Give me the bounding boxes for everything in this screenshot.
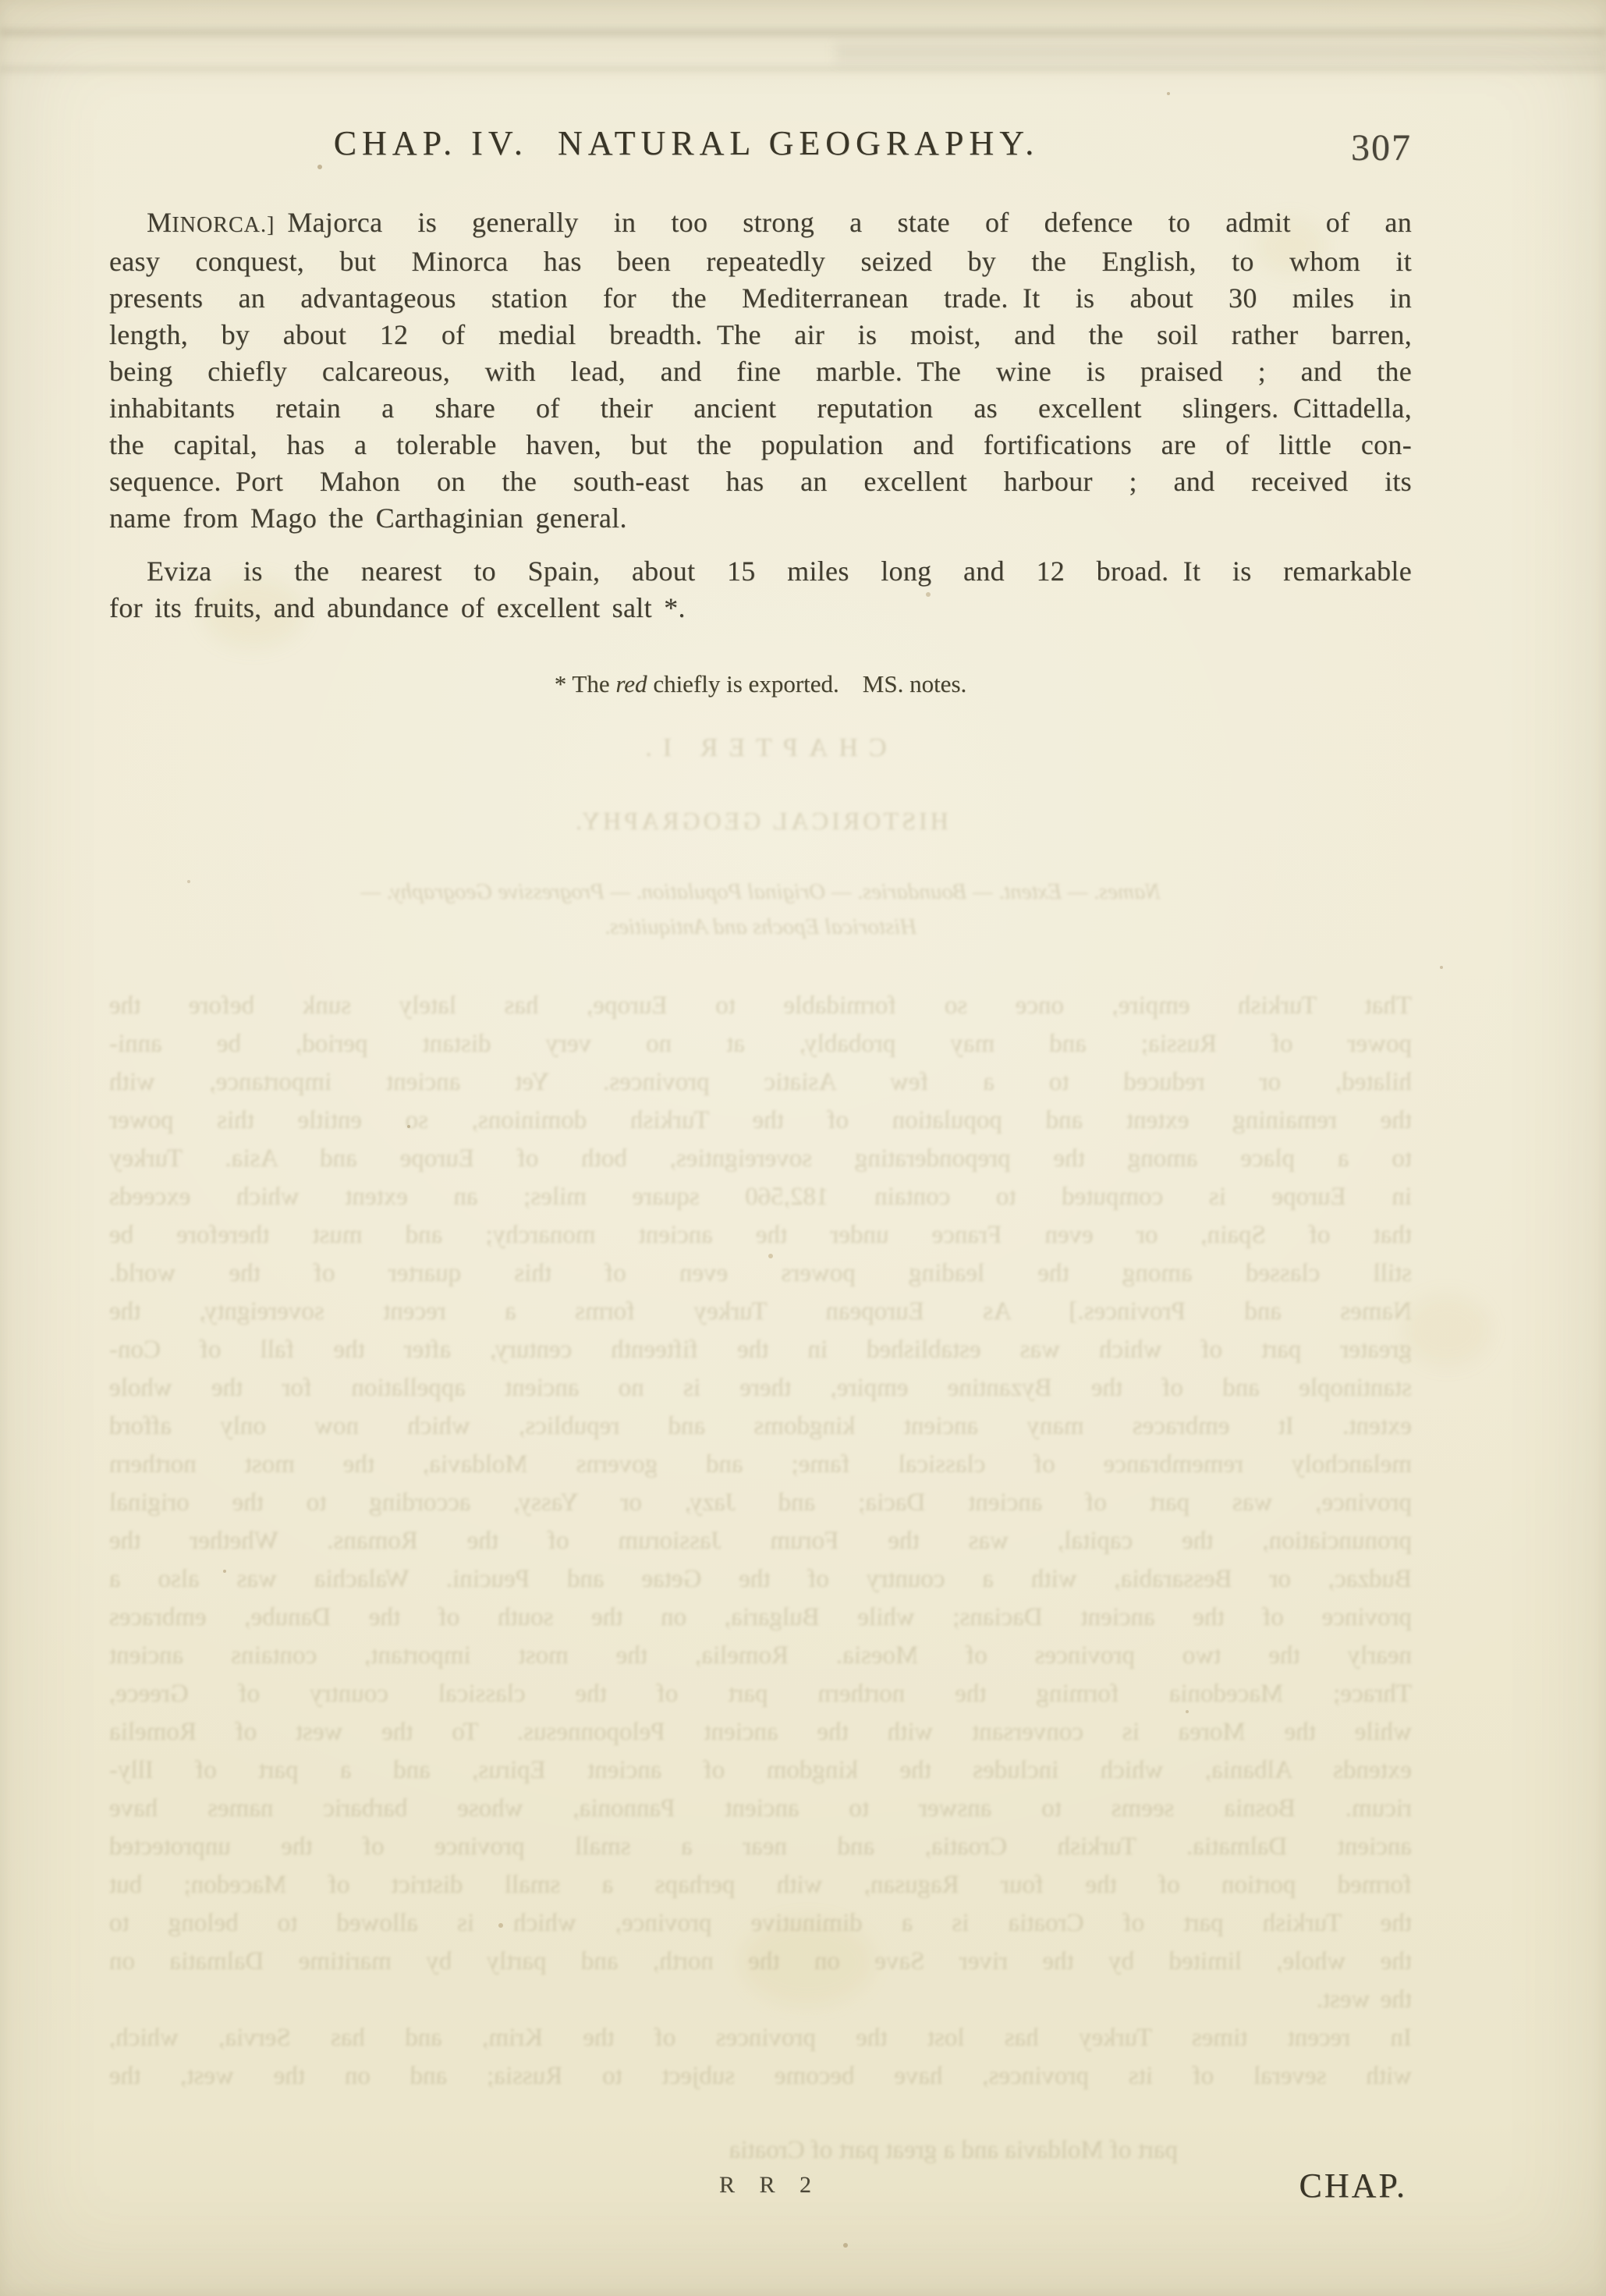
- ghost-text-line: to a place among the preponderating sove…: [109, 1140, 1412, 1178]
- running-head: CHAP. IV.NATURAL GEOGRAPHY.: [109, 123, 1264, 163]
- footnote-lead: * The: [555, 670, 610, 697]
- text-line: Eviza is the nearest to Spain, about 15 …: [109, 553, 1412, 590]
- ghost-text-line: the whole, limited by the river Save on …: [109, 1943, 1412, 1981]
- signature-row: R R 2 CHAP.: [109, 2166, 1412, 2220]
- ghost-contents-line: Names. — Extent. — Boundaries. — Origina…: [109, 879, 1412, 905]
- scan-streak: [0, 66, 1606, 73]
- minorca-sideheading: MINORCA.]: [147, 207, 275, 238]
- text-line: name from Mago the Carthaginian general.: [109, 500, 1412, 537]
- ghost-text-line: province of the ancient Dacians; while B…: [109, 1599, 1412, 1637]
- ghost-text-line: the Turkish part of Croatia is a diminut…: [109, 1904, 1412, 1943]
- text-line: the capital, has a tolerable haven, but …: [109, 427, 1412, 463]
- text-line: presents an advantageous station for the…: [109, 280, 1412, 317]
- press-signature-mark: R R 2: [719, 2172, 821, 2198]
- text-line: MINORCA.]Majorca is generally in too str…: [109, 204, 1412, 243]
- ghost-text-line: hilated, or reduced to a few Asiatic pro…: [109, 1063, 1412, 1102]
- footnote: * The red chiefly is exported.MS. notes.: [109, 670, 1412, 698]
- ghost-text-line: ancient Dalmatia. Turkish Croatia, and n…: [109, 1828, 1412, 1866]
- ghost-text-line: still classed among the leading powers e…: [109, 1254, 1412, 1293]
- paper-blotch: [1404, 1295, 1490, 1365]
- text-line-body: Eviza is the nearest to Spain, about 15 …: [147, 555, 1412, 587]
- ghost-text-line: extends Albania, which includes the king…: [109, 1751, 1412, 1790]
- ghost-text-line: nearly the two provinces of Moesia. Rome…: [109, 1637, 1412, 1675]
- sideheading-smallcaps: INORCA.]: [172, 213, 275, 237]
- ghost-text-line: greater part of which was established in…: [109, 1331, 1412, 1369]
- ghost-text-line: while the Morea is conversant with the a…: [109, 1713, 1412, 1751]
- ghost-text-line: That Turkish empire, once so formidable …: [109, 987, 1412, 1025]
- ghost-text-line: melancholy remembrance of classical fame…: [109, 1446, 1412, 1484]
- running-head-chapter: CHAP. IV.: [334, 124, 528, 162]
- sideheading-initial: M: [147, 207, 172, 238]
- ghost-text-line: In recent times Turkey has lost the prov…: [109, 2019, 1412, 2057]
- scan-streak: [0, 28, 1606, 37]
- text-line: sequence. Port Mahon on the south-east h…: [109, 463, 1412, 500]
- text-line: being chiefly calcareous, with lead, and…: [109, 353, 1412, 390]
- footnote-italic-word: red: [615, 670, 647, 697]
- ghost-text-line: Names and Provinces.] As European Turkey…: [109, 1293, 1412, 1331]
- bleedthrough-text-block: CHAPTER I. HISTORICAL GEOGRAPHY. Names. …: [109, 733, 1412, 2165]
- ghost-text-line: Budzac, or Bessarabia, with a country of…: [109, 1560, 1412, 1599]
- text-block: MINORCA.]Majorca is generally in too str…: [109, 204, 1412, 698]
- ghost-text-line: ricum. Bosnia seems to answer to ancient…: [109, 1790, 1412, 1828]
- ghost-text-line: the remaining extent and population of t…: [109, 1102, 1412, 1140]
- ghost-body-text: That Turkish empire, once so formidable …: [109, 987, 1412, 2095]
- ghost-text-line: extent. It embraces many ancient kingdom…: [109, 1407, 1412, 1446]
- book-page-scan: CHAPTER I. HISTORICAL GEOGRAPHY. Names. …: [0, 0, 1606, 2296]
- ghost-text-line: Thrace; Macedonia forming the northern p…: [109, 1675, 1412, 1713]
- catchword: CHAP.: [1299, 2166, 1408, 2206]
- ghost-chapter-heading: CHAPTER I.: [109, 733, 1412, 763]
- running-head-title: NATURAL GEOGRAPHY.: [558, 124, 1039, 162]
- scan-streak: [835, 43, 1606, 63]
- ghost-section-heading: HISTORICAL GEOGRAPHY.: [109, 807, 1412, 836]
- footnote-source: MS. notes.: [863, 670, 967, 697]
- ghost-text-line: that of Spain, or even France under the …: [109, 1216, 1412, 1254]
- paper-blotch: [741, 1919, 874, 2005]
- page-number: 307: [1351, 126, 1412, 169]
- ghost-text-line: formed portion of the four Ragusan, with…: [109, 1866, 1412, 1904]
- text-line: for its fruits, and abundance of excelle…: [109, 590, 1412, 626]
- text-line: inhabitants retain a share of their anci…: [109, 390, 1412, 427]
- paragraph-minorca: MINORCA.]Majorca is generally in too str…: [109, 204, 1412, 537]
- footnote-tail: chiefly is exported.: [653, 670, 838, 697]
- ghost-text-line: in Europe is computed to contain 182,560…: [109, 1178, 1412, 1216]
- ghost-tail-line: part of Moldavia and a great part of Cro…: [585, 2136, 1178, 2165]
- text-line: length, by about 12 of medial breadth. T…: [109, 317, 1412, 353]
- ghost-text-line: pronunciation, the capital, was the Foru…: [109, 1522, 1412, 1560]
- text-line-body: Majorca is generally in too strong a sta…: [287, 207, 1412, 238]
- paper-specks: [0, 0, 3, 3]
- ghost-text-line: province, was part of ancient Dacia; and…: [109, 1484, 1412, 1522]
- ghost-contents-line: Historical Epochs and Antiquities.: [109, 914, 1412, 940]
- ghost-text-line: stantinople and of the Byzantine empire,…: [109, 1369, 1412, 1407]
- ghost-text-line: power of Russia; and may probably, at no…: [109, 1025, 1412, 1063]
- ghost-text-line: the west.: [109, 1981, 1412, 2019]
- text-line: easy conquest, but Minorca has been repe…: [109, 243, 1412, 280]
- ghost-text-line: with several of its provinces, have beco…: [109, 2057, 1412, 2095]
- paragraph-eviza: Eviza is the nearest to Spain, about 15 …: [109, 553, 1412, 626]
